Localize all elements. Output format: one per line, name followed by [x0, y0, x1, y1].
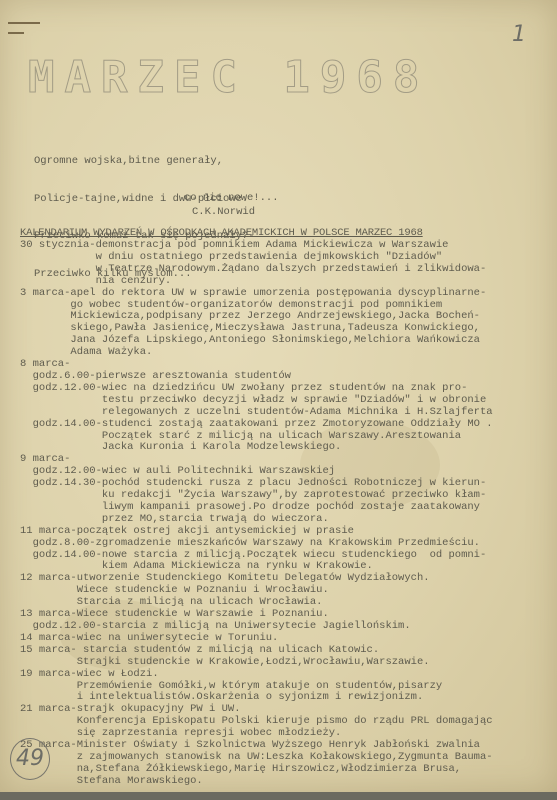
calendar-entry: 13 marca-Wiece studenckie w Warszawie i … — [20, 609, 550, 633]
entry-line: godz.12.00-wiec na dziedzińcu UW zwołany… — [20, 383, 550, 395]
epigraph-line: Ogromne wojska,bitne generały, — [34, 155, 255, 168]
calendar-entry: 8 marca- godz.6.00-pierwsze aresztowania… — [20, 359, 550, 454]
entry-line: godz.8.00-zgromadzenie mieszkańców Warsz… — [20, 538, 550, 550]
entry-line: 11 marca-początek ostrej akcji antysemic… — [20, 526, 550, 538]
calendar-entry: 19 marca-wiec w Łodzi. Przemówienie Gomó… — [20, 669, 550, 705]
page-number: 1 — [512, 22, 526, 47]
archive-number: 49 — [10, 738, 50, 780]
entry-line: nia cenzury. — [20, 276, 550, 288]
calendar-entry: 9 marca- godz.12.00-wiec w auli Politech… — [20, 454, 550, 525]
entry-line: Adama Ważyka. — [20, 347, 550, 359]
section-heading: KALENDARIUM WYDARZEŃ W OŚRODKACH AKADEMI… — [20, 227, 423, 239]
entry-line: Strajki studenckie w Krakowie,Łodzi,Wroc… — [20, 657, 550, 669]
entry-line: 3 marca-apel do rektora UW w sprawie umo… — [20, 288, 550, 300]
entry-line: 19 marca-wiec w Łodzi. — [20, 669, 550, 681]
epigraph-closing: co nie nowe!... — [184, 192, 279, 205]
entry-line: w Teatrze Narodowym.Żądano dalszych prze… — [20, 264, 550, 276]
entry-line: godz.14.00-studenci zostają zaatakowani … — [20, 419, 550, 431]
calendar-entry: 15 marca- starcia studentów z milicją na… — [20, 645, 550, 669]
epigraph-author: C.K.Norwid — [192, 206, 255, 219]
entry-line: 15 marca- starcia studentów z milicją na… — [20, 645, 550, 657]
calendar-entry: 21 marca-strajk okupacyjny PW i UW. Konf… — [20, 704, 550, 740]
entry-line: relegowanych z uczelni studentów-Adama M… — [20, 407, 550, 419]
entry-line: Jacka Kuronia i Karola Modzelewskiego. — [20, 442, 550, 454]
document-title: MARZEC 1968 — [28, 52, 429, 103]
calendar-entry: 30 stycznia-demonstracja pod pomnikiem A… — [20, 240, 550, 288]
entry-line: testu przeciwko decyzji władz w sprawie … — [20, 395, 550, 407]
calendar-entry: 3 marca-apel do rektora UW w sprawie umo… — [20, 288, 550, 359]
pencil-mark — [8, 32, 24, 34]
entry-line: przez MO,starcia trwają do wieczora. — [20, 514, 550, 526]
calendar-entries: 30 stycznia-demonstracja pod pomnikiem A… — [20, 240, 550, 788]
entry-line: na,Stefana Żółkiewskiego,Marię Hirszowic… — [20, 764, 550, 776]
entry-line: Stefana Morawskiego. — [20, 776, 550, 788]
calendar-entry: 11 marca-początek ostrej akcji antysemic… — [20, 526, 550, 574]
calendar-entry: 12 marca-utworzenie Studenckiego Komitet… — [20, 573, 550, 609]
calendar-entry: 25 marca-Minister Oświaty i Szkolnictwa … — [20, 740, 550, 788]
document-page: 1 MARZEC 1968 Ogromne wojska,bitne gener… — [0, 0, 557, 792]
pencil-mark — [8, 22, 40, 24]
